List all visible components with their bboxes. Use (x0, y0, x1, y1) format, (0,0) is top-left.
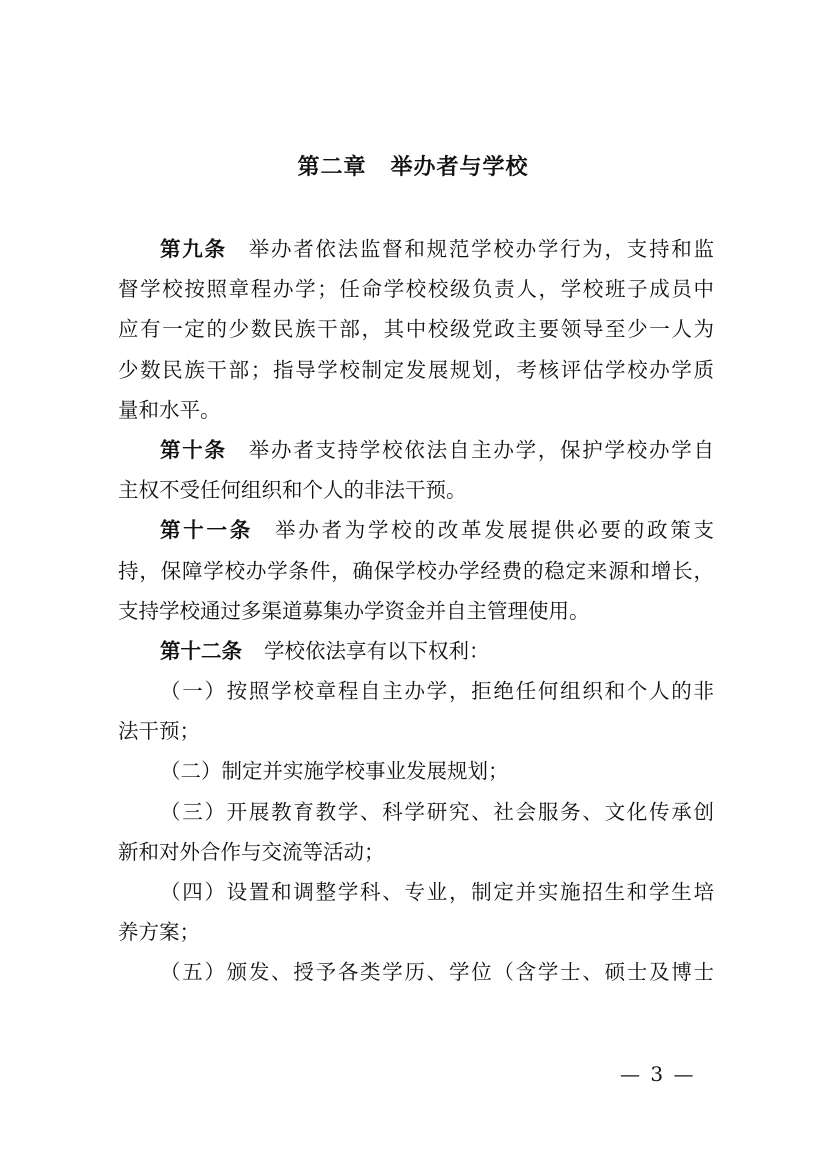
document-page: 第二章举办者与学校 第九条举办者依法监督和规范学校办学行为，支持和监 督学校按照… (0, 0, 826, 1169)
article-label: 第十条 (160, 438, 227, 462)
page-number: — 3 — (620, 1062, 695, 1086)
document-body: 第九条举办者依法监督和规范学校办学行为，支持和监 督学校按照章程办学；任命学校校… (118, 229, 714, 993)
article-label: 第十一条 (160, 518, 253, 542)
item-5-line-1: （五）颁发、授予各类学历、学位（含学士、硕士及博士 (118, 952, 714, 992)
article-label: 第九条 (160, 237, 227, 261)
item-4-line-1: （四）设置和调整学科、专业，制定并实施招生和学生培 (118, 872, 714, 912)
article-11-line-1: 第十一条举办者为学校的改革发展提供必要的政策支 (118, 510, 714, 550)
article-9-line-4: 少数民族干部；指导学校制定发展规划，考核评估学校办学质 (118, 350, 714, 390)
article-11-line-3: 支持学校通过多渠道募集办学资金并自主管理使用。 (118, 591, 714, 631)
chapter-title: 第二章举办者与学校 (0, 150, 826, 181)
item-3-line-2: 新和对外合作与交流等活动； (118, 832, 714, 872)
item-1-line-1: （一）按照学校章程自主办学，拒绝任何组织和个人的非 (118, 671, 714, 711)
article-10-line-2: 主权不受任何组织和个人的非法干预。 (118, 470, 714, 510)
chapter-number: 第二章 (297, 155, 366, 180)
item-4-line-2: 养方案； (118, 912, 714, 952)
article-9-line-2: 督学校按照章程办学；任命学校校级负责人，学校班子成员中 (118, 269, 714, 309)
article-11-line-2: 持，保障学校办学条件，确保学校办学经费的稳定来源和增长， (118, 551, 714, 591)
item-1-line-2: 法干预； (118, 711, 714, 751)
item-3-line-1: （三）开展教育教学、科学研究、社会服务、文化传承创 (118, 792, 714, 832)
article-9-line-3: 应有一定的少数民族干部，其中校级党政主要领导至少一人为 (118, 309, 714, 349)
article-9-line-1: 第九条举办者依法监督和规范学校办学行为，支持和监 (118, 229, 714, 269)
article-10-line-1: 第十条举办者支持学校依法自主办学，保护学校办学自 (118, 430, 714, 470)
article-label: 第十二条 (160, 639, 242, 663)
article-9-line-5: 量和水平。 (118, 390, 714, 430)
item-2-line-1: （二）制定并实施学校事业发展规划； (118, 751, 714, 791)
article-12-line-1: 第十二条学校依法享有以下权利： (118, 631, 714, 671)
chapter-name: 举办者与学校 (391, 155, 529, 180)
